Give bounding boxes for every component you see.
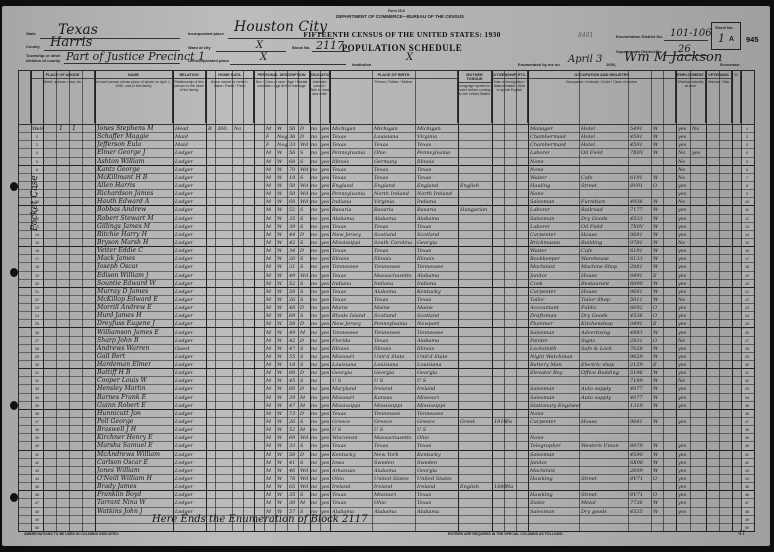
- cell-dwelling: 1: [59, 125, 63, 133]
- cell-code: 2831: [630, 337, 643, 345]
- line-number-right: 16: [741, 247, 753, 254]
- cell-occ: Laborer: [530, 149, 550, 157]
- cell-mother: Kentucky: [417, 288, 441, 296]
- cell-race: W: [277, 158, 282, 166]
- line-number: 21: [31, 288, 43, 295]
- line-number-right: 41: [741, 451, 753, 458]
- cell-father: Alabama: [374, 288, 396, 296]
- cell-work: No: [678, 149, 685, 157]
- line-number: 33: [31, 385, 43, 392]
- cell-cls: W: [653, 174, 658, 182]
- table-row: 18Joseph OscarLodgerMW31SnoyesTennesseeT…: [19, 263, 754, 271]
- cell-school: no: [311, 149, 317, 157]
- line-number-right: 5: [741, 158, 753, 165]
- cell-mar: Wd: [300, 182, 308, 190]
- cell-father: Ohio: [374, 499, 386, 507]
- cell-school: no: [311, 231, 317, 239]
- line-number-right: 29: [741, 353, 753, 360]
- line-number-right: 42: [741, 459, 753, 466]
- cell-race: W: [277, 475, 282, 483]
- cell-occ: None: [530, 434, 544, 442]
- cell-work: yes: [678, 361, 686, 369]
- enum-district-label: Enumeration District No.: [616, 34, 663, 39]
- cell-read: yes: [321, 133, 329, 141]
- cell-age: 68: [289, 198, 295, 206]
- cell-race: W: [277, 385, 282, 393]
- cell-birth: Texas: [332, 166, 346, 174]
- cell-rel: Lodger: [175, 280, 193, 288]
- line-number-right: 37: [741, 418, 753, 425]
- cell-cls: W: [653, 353, 658, 361]
- cell-work: yes: [678, 418, 686, 426]
- cell-mother: U S: [417, 426, 426, 434]
- cell-code: 0781: [630, 239, 643, 247]
- cell-read: yes: [321, 231, 329, 239]
- cell-rel: Maid: [175, 133, 188, 141]
- line-number-right: 21: [741, 288, 753, 295]
- cell-read: yes: [321, 434, 329, 442]
- cell-vet: No: [692, 125, 699, 133]
- institution-value: X: [406, 52, 413, 63]
- cell-rel: Lodger: [175, 394, 193, 402]
- cell-ind: Western Union: [581, 442, 619, 450]
- cell-read: yes: [321, 475, 329, 483]
- cell-rel: Lodger: [175, 353, 193, 361]
- cell-cls: W: [653, 223, 658, 231]
- line-number-right: 10: [741, 198, 753, 205]
- cell-rel: Head: [175, 125, 189, 133]
- cell-mar: D: [300, 451, 304, 459]
- cell-mar: Wd: [300, 467, 308, 475]
- cell-father: Indiana: [374, 280, 393, 288]
- cell-name: Williamson James E: [97, 329, 159, 337]
- cell-nat: Pa: [506, 418, 512, 426]
- cell-ind: Dry Goods: [581, 312, 608, 320]
- cell-race: W: [277, 499, 282, 507]
- cell-father: U S: [374, 426, 383, 434]
- cell-race: W: [277, 483, 282, 491]
- cell-mother: Georgia: [417, 467, 437, 475]
- cell-mar: D: [300, 304, 304, 312]
- line-number-right: 18: [741, 263, 753, 270]
- cell-birth: Greece: [332, 418, 350, 426]
- cell-rel: Lodger: [175, 158, 193, 166]
- line-number-right: 8: [741, 182, 753, 189]
- cell-school: no: [311, 255, 317, 263]
- line-number: 43: [31, 467, 43, 474]
- col-personal-description: PERSONAL DESCRIPTIONSex / Color or race …: [254, 71, 310, 123]
- cell-mar: Wd: [300, 272, 308, 280]
- cell-father: Kansas: [374, 394, 392, 402]
- col-margin: [19, 71, 31, 123]
- cell-race: W: [277, 426, 282, 434]
- sheet-value: 1: [718, 32, 725, 45]
- corner-mark: 41: [738, 530, 746, 537]
- cell-name: Poll George: [97, 418, 133, 426]
- table-row: 41McAndrews WilliamLodgerMW58DnoyesKentu…: [19, 451, 754, 459]
- cell-sex: M: [266, 149, 271, 157]
- cell-rel: Lodger: [175, 442, 193, 450]
- cell-work: yes: [678, 402, 686, 410]
- cell-age: 56: [289, 149, 295, 157]
- cell-read: yes: [321, 190, 329, 198]
- cell-age: 58: [289, 451, 295, 459]
- cell-race: W: [277, 198, 282, 206]
- line-number: 30: [31, 361, 43, 368]
- line-number-right: 2: [741, 133, 753, 140]
- cell-cls: W: [653, 296, 658, 304]
- cell-family: 1: [72, 125, 76, 133]
- cell-mother: Sweden: [417, 459, 437, 467]
- cell-ind: Auto supply: [581, 385, 611, 393]
- cell-mar: S: [300, 223, 303, 231]
- cell-mother: Texas: [417, 166, 431, 174]
- cell-occ: Telegrapher: [530, 442, 561, 450]
- table-row: 15Bryson Marsh HLodgerMW42SnoyesMississi…: [19, 239, 754, 247]
- cell-code: 8V71: [630, 491, 643, 499]
- cell-read: yes: [321, 158, 329, 166]
- cell-race: W: [277, 174, 282, 182]
- cell-mother: Texas: [417, 491, 431, 499]
- cell-age: 73: [289, 410, 295, 418]
- cell-age: 50: [289, 125, 295, 133]
- ward-value: X: [256, 40, 263, 51]
- cell-birth: Texas: [332, 410, 346, 418]
- cell-father: Unit'd State: [374, 353, 405, 361]
- binding-hole: [10, 268, 18, 277]
- table-row: 38Braswell J HLodgerMW52MnoyesU SU SU S3…: [19, 426, 754, 434]
- cell-mar: S: [300, 377, 303, 385]
- cell-occ: Janitor: [530, 459, 547, 467]
- cell-school: no: [311, 499, 317, 507]
- cell-cls: W: [653, 231, 658, 239]
- cell-race: W: [277, 312, 282, 320]
- cell-name: Sountie Edward W: [97, 280, 156, 288]
- line-number: 40: [31, 442, 43, 449]
- cell-mar: M: [300, 402, 305, 410]
- cell-mother: United States: [417, 475, 452, 483]
- cell-sex: M: [266, 215, 271, 223]
- line-number-right: 11: [741, 206, 753, 213]
- cell-father: Alabama: [374, 467, 396, 475]
- cell-rel: Lodger: [175, 377, 193, 385]
- cell-read: yes: [321, 451, 329, 459]
- enum-district-value: 101-106: [670, 28, 712, 39]
- cell-rel: Lodger: [175, 361, 193, 369]
- table-row: 8Allen HarrisLodgerMW50WdnoyesEnglandEng…: [19, 182, 754, 190]
- schedule-title: POPULATION SCHEDULE: [292, 43, 512, 53]
- cell-sex: M: [266, 426, 271, 434]
- cell-rel: Lodger: [175, 182, 193, 190]
- cell-mar: S: [300, 459, 303, 467]
- cell-age: 68: [289, 158, 295, 166]
- cell-sex: M: [266, 231, 271, 239]
- cell-work: yes: [678, 508, 686, 516]
- cell-age: 50: [289, 182, 295, 190]
- cell-code: 4077: [630, 394, 643, 402]
- cell-mar: S: [300, 288, 303, 296]
- cell-cls: W: [653, 442, 658, 450]
- cell-birth: Texas: [332, 442, 346, 450]
- cell-occ: Hauling: [530, 182, 550, 190]
- line-number-right: 33: [741, 385, 753, 392]
- cell-ind: Auto supply: [581, 394, 611, 402]
- cell-mar: S: [300, 255, 303, 263]
- cell-mother: England: [417, 182, 438, 190]
- cell-occ: None: [530, 190, 544, 198]
- cell-name: Marsha Samuel E: [97, 442, 153, 450]
- cell-mar: S: [300, 280, 303, 288]
- cell-mother: Georgia: [417, 239, 437, 247]
- cell-ind: Warehouse: [581, 255, 609, 263]
- county-label: County: [26, 44, 40, 49]
- cell-ind: Oil Field: [581, 223, 603, 231]
- cell-ind: House: [581, 272, 597, 280]
- cell-read: yes: [321, 182, 329, 190]
- cell-cls: W: [653, 508, 658, 516]
- line-number-right: 17: [741, 255, 753, 262]
- line-number: 17: [31, 255, 43, 262]
- cell-rel: Lodger: [175, 255, 193, 263]
- cell-father: Texas: [374, 442, 388, 450]
- cell-occ: Salesman: [530, 215, 554, 223]
- cell-code: 6191: [630, 247, 643, 255]
- cell-birth: Texas: [332, 141, 346, 149]
- line-number-right: 28: [741, 345, 753, 352]
- cell-work: yes: [678, 345, 686, 353]
- cell-mother: U S: [417, 377, 426, 385]
- table-row: 14Ritchie Harry HLodgerMW44DnoyesNew Jer…: [19, 231, 754, 239]
- cell-cls: W: [653, 369, 658, 377]
- cell-sex: M: [266, 206, 271, 214]
- cell-age: 29: [289, 394, 295, 402]
- cell-age: 26: [289, 296, 295, 304]
- cell-age: 58: [289, 288, 295, 296]
- line-number-right: 46: [741, 491, 753, 498]
- line-number-right: 22: [741, 296, 753, 303]
- cell-work: No: [678, 296, 685, 304]
- cell-mother: Scotland: [417, 312, 439, 320]
- cell-sex: F: [266, 133, 269, 141]
- cell-sex: M: [266, 402, 271, 410]
- table-row: 9Richardson JamesLodgerMW50WdnoyesPennsy…: [19, 190, 754, 198]
- cell-code: 0681: [630, 418, 643, 426]
- cell-father: Tennessee: [374, 410, 400, 418]
- cell-cls: W: [653, 280, 658, 288]
- cell-sex: F: [266, 141, 269, 149]
- cell-rel: Lodger: [175, 231, 193, 239]
- cell-age: 30: [289, 499, 295, 507]
- binding-hole: [10, 182, 18, 191]
- line-number: 28: [31, 345, 43, 352]
- line-number: 48: [31, 508, 43, 515]
- cell-name: Braswell J H: [97, 426, 136, 434]
- cell-age: 69: [289, 312, 295, 320]
- table-row: 37Poll GeorgeLodgerMW26SnoyesGreeceGreec…: [19, 418, 754, 426]
- cell-race: W: [277, 361, 282, 369]
- cell-work: yes: [678, 320, 686, 328]
- cell-birth: Florida: [332, 337, 350, 345]
- cell-school: no: [311, 190, 317, 198]
- cell-father: Georgia: [374, 369, 394, 377]
- cell-sex: M: [266, 280, 271, 288]
- cell-father: Ireland: [374, 385, 392, 393]
- cell-rel: Lodger: [175, 149, 193, 157]
- cell-sex: M: [266, 475, 271, 483]
- cell-sex: M: [266, 304, 271, 312]
- cell-sex: M: [266, 353, 271, 361]
- cell-ind: Railroad: [581, 206, 603, 214]
- cell-school: no: [311, 426, 317, 434]
- cell-work: yes: [678, 288, 686, 296]
- cell-birth: Ohio: [332, 475, 344, 483]
- cell-mar: S: [300, 418, 303, 426]
- cell-birth: Ireland: [332, 483, 350, 491]
- cell-rel: Lodger: [175, 263, 193, 271]
- cell-code: 4533: [630, 215, 643, 223]
- cell-birth: Georgia: [332, 369, 352, 377]
- cell-ind: Kitchenshop: [581, 320, 613, 328]
- cell-sex: M: [266, 451, 271, 459]
- table-row: 29Gall BertLodgerMW55SnoyesMissouriUnit'…: [19, 353, 754, 361]
- cell-mar: Wd: [300, 475, 308, 483]
- cell-name: Joseph Oscar: [97, 263, 138, 271]
- cell-age: 39: [289, 223, 295, 231]
- enumerated-date: April 3: [568, 54, 602, 65]
- cell-name: Tarrant Nina W: [97, 499, 146, 507]
- cell-mar: D: [300, 125, 304, 133]
- cell-mar: D: [300, 337, 304, 345]
- cell-name: Gillings James M: [97, 223, 150, 231]
- cell-race: W: [277, 369, 282, 377]
- cell-school: no: [311, 296, 317, 304]
- cell-work: yes: [678, 182, 686, 190]
- cell-occ: Brickmason: [530, 239, 560, 247]
- cell-read: yes: [321, 361, 329, 369]
- cell-school: no: [311, 312, 317, 320]
- table-row: 21Murray D JamesLodgerMW58SnoyesTexasAla…: [19, 288, 754, 296]
- line-number-right: 13: [741, 223, 753, 230]
- cell-code: 2081: [630, 263, 643, 271]
- cell-name: Franklin Boyd: [97, 491, 141, 499]
- cell-school: no: [311, 141, 317, 149]
- cell-birth: England: [332, 182, 353, 190]
- county-value: Harris: [50, 35, 92, 50]
- cell-work: yes: [678, 475, 686, 483]
- cell-birth: Iowa: [332, 459, 344, 467]
- cell-race: W: [277, 459, 282, 467]
- line-number-right: 12: [741, 215, 753, 222]
- cell-read: yes: [321, 369, 329, 377]
- line-number-right: 30: [741, 361, 753, 368]
- cell-father: Tennessee: [374, 329, 400, 337]
- cell-school: no: [311, 434, 317, 442]
- cell-code: 6133: [630, 255, 643, 263]
- cell-read: yes: [321, 353, 329, 361]
- cell-birth: Kentucky: [332, 451, 356, 459]
- cell-occ: Laborer: [530, 223, 550, 231]
- cell-race: W: [277, 394, 282, 402]
- line-number: 49: [31, 516, 43, 523]
- abbrev-title: ABBREVIATIONS TO BE USED IN COLUMNS INDI…: [24, 532, 119, 536]
- cell-street: Walk: [32, 125, 44, 133]
- cell-name: Watkins John J: [97, 508, 142, 516]
- cell-father: Texas: [374, 166, 388, 174]
- cell-ind: House: [581, 288, 597, 296]
- cell-sex: M: [266, 499, 271, 507]
- cell-work: yes: [678, 231, 686, 239]
- cell-father: Alabama: [374, 215, 396, 223]
- line-number-right: 40: [741, 442, 753, 449]
- cell-rel: Lodger: [175, 312, 193, 320]
- cell-rel: Lodger: [175, 434, 193, 442]
- cell-cls: W: [653, 206, 658, 214]
- line-number: 23: [31, 304, 43, 311]
- cell-age: 70: [289, 166, 295, 174]
- cell-birth: Arkansas: [332, 467, 355, 475]
- cell-occ: Locksmith: [530, 345, 556, 353]
- cell-name: Bryson Marsh H: [97, 239, 148, 247]
- cell-school: no: [311, 288, 317, 296]
- cell-birth: Maryland: [332, 385, 356, 393]
- cell-mar: S: [300, 361, 303, 369]
- cell-school: no: [311, 459, 317, 467]
- cell-code: 5491: [630, 125, 643, 133]
- cell-work: yes: [678, 272, 686, 280]
- cell-sex: M: [266, 263, 271, 271]
- cell-name: Battiff H B: [97, 369, 130, 377]
- cell-race: W: [277, 149, 282, 157]
- cell-ind: Dry Goods: [581, 215, 608, 223]
- cell-rel: Lodger: [175, 166, 193, 174]
- table-row: 31Battiff H BLodgerMW68DnoyesGeorgiaGeor…: [19, 369, 754, 377]
- cell-birth: Louisiana: [332, 361, 357, 369]
- cell-school: no: [311, 467, 317, 475]
- cell-work: yes: [678, 125, 686, 133]
- cell-birth: Rhode Island: [332, 312, 365, 320]
- line-number-right: 15: [741, 239, 753, 246]
- cell-father: England: [374, 182, 395, 190]
- col-employment: EMPLOYMENTWhether actually at work: [676, 71, 706, 123]
- cell-occ: Draftsman: [530, 312, 557, 320]
- line-number: 20: [31, 280, 43, 287]
- cell-read: yes: [321, 263, 329, 271]
- cell-read: yes: [321, 499, 329, 507]
- form-number: Form 15-6: [388, 9, 405, 13]
- cell-school: no: [311, 182, 317, 190]
- cell-mar: M: [300, 426, 305, 434]
- cell-work: yes: [678, 385, 686, 393]
- cell-school: no: [311, 418, 317, 426]
- cell-age: 52: [289, 280, 295, 288]
- cell-cls: O: [653, 491, 657, 499]
- cell-read: yes: [321, 345, 329, 353]
- table-row: 5050: [19, 524, 754, 532]
- cell-read: yes: [321, 426, 329, 434]
- cell-code: 1319: [630, 402, 643, 410]
- cell-read: yes: [321, 272, 329, 280]
- cell-birth: Texas: [332, 272, 346, 280]
- cell-rel: Lodger: [175, 369, 193, 377]
- cell-read: yes: [321, 223, 329, 231]
- cell-mar: D: [300, 410, 304, 418]
- cell-ind: Street: [581, 182, 597, 190]
- cell-ind: Advertising: [581, 329, 610, 337]
- cell-race: W: [277, 288, 282, 296]
- cell-age: 47: [289, 402, 295, 410]
- cell-read: yes: [321, 255, 329, 263]
- cell-school: no: [311, 394, 317, 402]
